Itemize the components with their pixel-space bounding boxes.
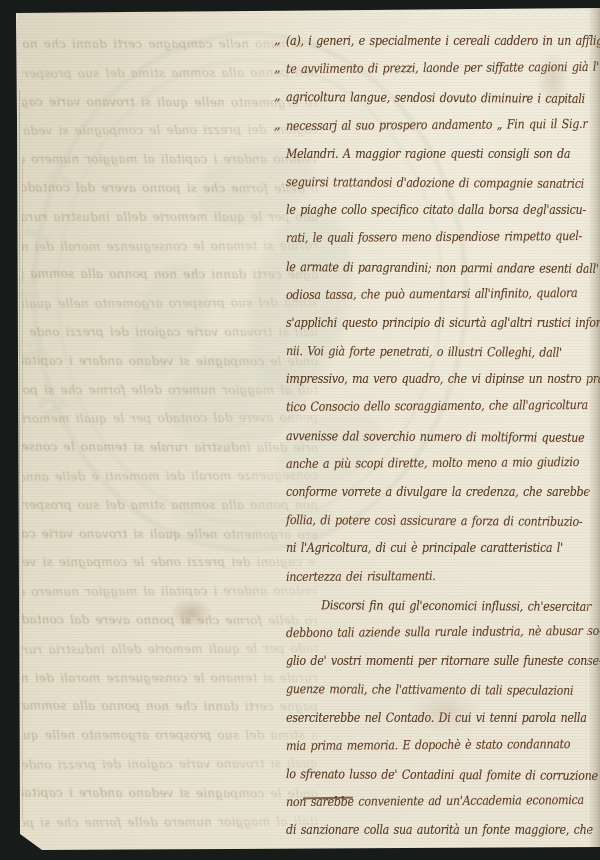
bleedthrough-line: tali al maggior numero delle forme che s… [22, 376, 318, 405]
manuscript-scan: T I R E P si temano nelle campagne certi… [0, 0, 600, 860]
bleedthrough-line: conseguenze morali dei momenti e delle a… [22, 461, 318, 491]
bleedthrough-line: non ponno alla somma stima del suo prosp… [22, 491, 318, 520]
handwritten-line: debbono tali aziende sulla rurale indust… [286, 617, 562, 647]
bleedthrough-line: vedano andare i capitali al maggior nume… [22, 145, 318, 174]
handwritten-line: follia, di potere così assicurare a forz… [286, 506, 562, 536]
handwritten-line: odiosa tassa, che può aumentarsi all'inf… [286, 279, 562, 309]
quotation-mark: „ [274, 89, 281, 104]
page-stack-edge [16, 14, 17, 834]
handwritten-line: Melandri. A maggior ragione questi consi… [286, 140, 562, 168]
handwritten-line: Discorsi fin qui gl'economici influssi, … [286, 591, 562, 621]
handwritten-line: glio de' vostri momenti per ritornare su… [286, 647, 562, 675]
bleedthrough-line: a stima del suo prospero argomento nelle… [22, 721, 318, 750]
bleedthrough-line: orie della industria rurale si temano le… [22, 433, 318, 463]
handwritten-line: di sanzionare colla sua autorità un font… [286, 816, 562, 844]
handwritten-line: (a), i generi, e specialmente i cereali … [286, 27, 562, 55]
handwritten-line: mia prima memoria. E dopochè è stato con… [286, 730, 562, 760]
handwritten-line: nii. Voi già forte penetrati, o illustri… [286, 337, 562, 367]
handwritten-line: anche a più scopi dirette, molto meno a … [286, 448, 562, 478]
bleedthrough-line: agne certi danni che non ponno alla somm… [22, 260, 318, 290]
handwritten-line: eserciterebbe nel Contado. Di cui vi ten… [286, 704, 562, 732]
handwritten-line: conforme vorrete a divulgare la credenza… [286, 478, 562, 506]
bleedthrough-line: vedano andare i capitali al maggior nume… [22, 576, 318, 606]
quotation-mark: „ [274, 33, 281, 48]
bleedthrough-line: rurale si temano le conseguenze morali d… [22, 664, 318, 693]
bleedthrough-line: e cagioni dei prezzi onde le compagnie s… [22, 548, 318, 577]
bleedthrough-line: tado per le quali memorie della industri… [22, 634, 318, 664]
bleedthrough-line: uali si trovano varie cagioni dei prezzi… [22, 318, 318, 347]
handwritten-line: le armate di paragrandini; non parmi and… [286, 253, 562, 283]
handwritten-line: seguirsi trattandosi d'adozione di compa… [286, 168, 562, 198]
bleedthrough-line: onde le compagnie si vedano andare i cap… [22, 346, 318, 376]
bleedthrough-line: ponno avere dal contado per le quali mem… [22, 404, 318, 434]
bleedthrough-line: pagne certi danni che non ponno alla som… [22, 692, 318, 722]
page-stack-edge [19, 90, 20, 830]
handwritten-line: guenze morali, che l'attivamento di tali… [286, 675, 562, 705]
manuscript-page: T I R E P si temano nelle campagne certi… [0, 0, 600, 860]
bleedthrough-line: quali si trovano varie cagioni dei prezz… [22, 749, 318, 779]
quotation-mark: „ [274, 61, 281, 76]
handwritten-line: agricoltura langue, sendosi dovuto dimin… [286, 83, 562, 113]
handwritten-text-column: (a), i generi, e specialmente i cereali … [286, 27, 600, 853]
handwritten-line: non sarebbe conveniente ad un'Accademia … [286, 786, 562, 816]
handwritten-line: lo sfrenato lusso de' Contadini qual fom… [286, 760, 562, 790]
bleedthrough-line: stima del suo prospero argomento nelle q… [22, 288, 318, 318]
bleedthrough-line: rurale si temano le conseguenze morali d… [22, 231, 318, 261]
handwritten-line: necessarj al suo prospero andamento „ Fi… [286, 110, 562, 140]
handwritten-line: le piaghe collo specifico citato dalla b… [286, 196, 562, 224]
bleedthrough-line: o delle forme che si ponno avere dal con… [22, 173, 318, 203]
handwritten-line: incertezza dei risultamenti. [286, 561, 562, 591]
bleedthrough-text: si temano nelle campagne certi danni che… [22, 30, 318, 842]
handwritten-line: rati, le quali fossero meno dispendiose … [286, 222, 562, 252]
handwritten-line: impressivo, ma vero quadro, che vi dipin… [286, 365, 562, 393]
bleedthrough-line: ro delle forme che si ponno avere dal co… [22, 605, 318, 635]
handwritten-line: te avvilimento di prezzi, laonde per sif… [286, 53, 562, 83]
handwritten-line: tico Consocio dello scoraggiamento, che … [286, 392, 562, 422]
binding-crease [588, 8, 589, 848]
page-stack-edge [22, 160, 23, 820]
bleedthrough-line: ado per le quali memorie della industria… [22, 203, 318, 232]
handwritten-line: s'applichi questo principio di sicurtà a… [286, 309, 562, 337]
bleedthrough-line: itali al maggior numero delle forme che … [22, 807, 318, 837]
bleedthrough-line: ero argomento nelle quali si trovano var… [22, 519, 318, 549]
bleedthrough-line: onde le compagnie si vedano andare i cap… [22, 778, 318, 808]
handwritten-line: avvenisse dal soverchio numero di moltif… [286, 422, 562, 452]
quotation-mark: „ [274, 118, 281, 133]
handwritten-line: ni l'Agricoltura, di cui è principale ca… [286, 534, 562, 562]
